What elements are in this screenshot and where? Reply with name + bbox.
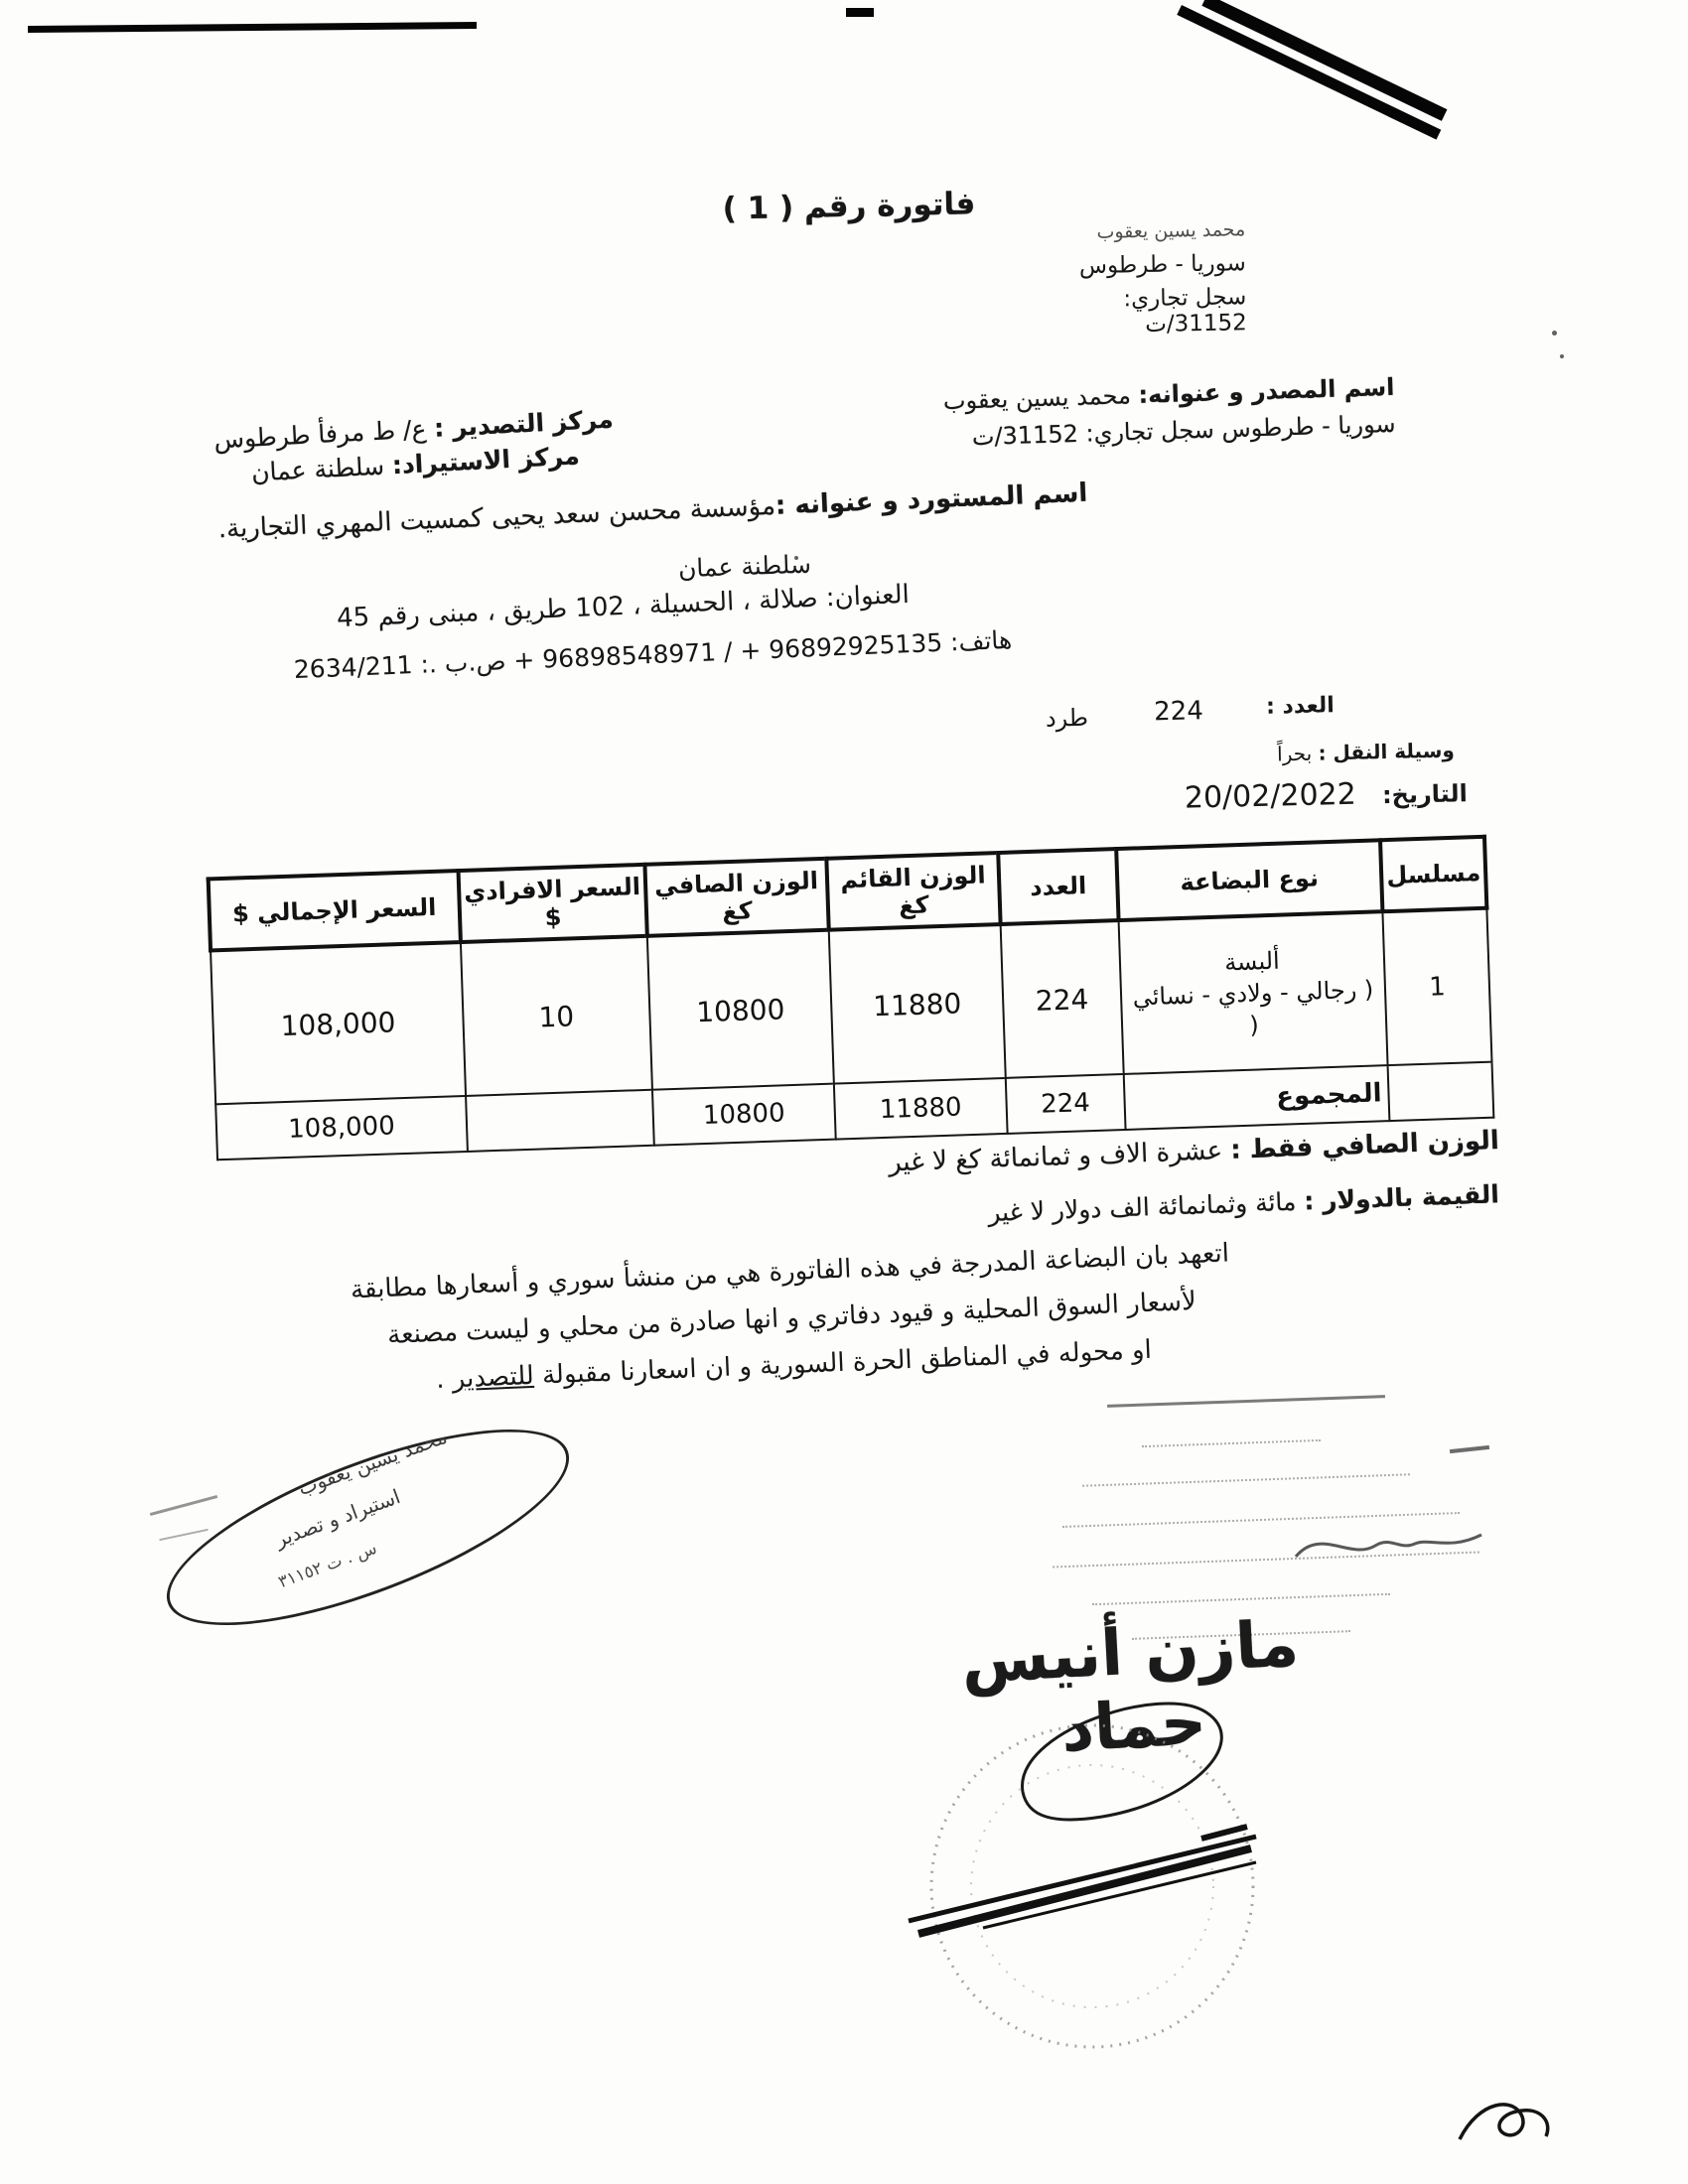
pobox: ص.ب .: 2634/211 <box>293 646 506 684</box>
count-label: العدد : <box>1266 693 1335 720</box>
col-header-count: العدد <box>998 849 1118 924</box>
value-words-text: مائة وثمانمائة الف دولار لا غير <box>988 1187 1297 1227</box>
exporter-label: اسم المصدر و عنوانه: <box>1138 373 1395 409</box>
col-header-total-price: السعر الإجمالي $ <box>209 871 461 950</box>
pledge-line-3-underlined-word: للتصدير <box>452 1361 534 1394</box>
package-type: طرد <box>1046 704 1089 733</box>
col-header-unit-price: السعر الافرادي $ <box>458 865 646 942</box>
goods-table: مسلسل نوع البضاعة العدد الوزن القائم كغ … <box>207 835 1496 1161</box>
cell-count: 224 <box>1001 920 1124 1078</box>
cell-totals-label: المجموع <box>1123 1065 1389 1130</box>
net-weight-words-label: الوزن الصافي فقط : <box>1230 1126 1500 1165</box>
stamp-text-trace <box>1082 1473 1410 1487</box>
exporter-name: محمد يسين يعقوب <box>942 381 1131 415</box>
cell-serial: 1 <box>1382 908 1491 1065</box>
scan-artifact-top-left-line <box>28 22 477 33</box>
signature-loop <box>1023 1704 1222 1820</box>
exporter-oval-stamp: محمد يسين يعقوب استيراد و تصدير س . ت ٣١… <box>144 1405 611 1663</box>
count-value: 224 <box>1154 696 1203 727</box>
oval-stamp-border <box>145 1390 591 1665</box>
scan-artifact-corner-stroke-2 <box>1201 0 1447 121</box>
phone-number-1: + 96892925135 <box>740 628 943 666</box>
phone-label: هاتف: <box>949 625 1012 657</box>
shipment-details: العدد : 224 طرد وسيلة النقل : بحراً التا… <box>1037 690 1477 834</box>
phone-separator: / <box>723 637 733 666</box>
pledge-line-3-period: . <box>436 1364 454 1395</box>
seller-name: محمد يسين يعقوب <box>1042 218 1245 244</box>
stamp-cursive-squiggle <box>1291 1515 1489 1574</box>
scan-artifact-corner-stroke-1 <box>1177 5 1441 140</box>
scan-speck <box>1552 331 1557 336</box>
transport-label: وسيلة النقل : <box>1318 738 1455 764</box>
signature-stroke <box>909 1837 1256 1921</box>
signature-stroke <box>918 1848 1251 1934</box>
centers-block: مركز التصدير : ع/ ط مرفأ طرطوس مركز الاس… <box>208 404 623 489</box>
stamp-text-trace <box>1092 1593 1390 1605</box>
value-words-label: القيمة بالدولار : <box>1304 1179 1500 1215</box>
signature-stroke <box>1201 1827 1247 1839</box>
import-center-value: سلطنة عمان <box>250 452 384 487</box>
corner-pen-squiggle <box>1445 2085 1564 2159</box>
cell-total-price: 108,000 <box>211 942 466 1104</box>
col-header-serial: مسلسل <box>1380 837 1486 911</box>
cell-goods-type: ألبسة ( رجالي - ولادي - نسائي ) <box>1118 911 1387 1074</box>
col-header-gross-weight: الوزن القائم كغ <box>826 853 1000 930</box>
cell-totals-total: 108,000 <box>215 1096 468 1160</box>
cell-unit-price: 10 <box>461 936 652 1096</box>
seller-registry: سجل تجاري: 31152/ت <box>1043 284 1247 340</box>
exporter-block: اسم المصدر و عنوانه: محمد يسين يعقوب سور… <box>942 373 1396 452</box>
transport-value: بحراً <box>1277 742 1313 766</box>
scan-artifact-top-tick <box>846 8 874 17</box>
scanned-invoice-page: فاتورة رقم ( 1 ) محمد يسين يعقوب سوريا -… <box>0 0 1688 2184</box>
exporter-registry-line: سوريا - طرطوس سجل تجاري: 31152/ت <box>943 410 1396 452</box>
cell-totals-serial-empty <box>1388 1062 1494 1121</box>
stamp-rule-line <box>1107 1395 1385 1408</box>
date-value: 20/02/2022 <box>1184 777 1356 816</box>
export-center-value: ع/ ط مرفأ طرطوس <box>213 414 427 454</box>
value-words-line: القيمة بالدولار : مائة وثمانمائة الف دول… <box>973 1179 1500 1227</box>
oval-stamp-smudge <box>150 1495 217 1516</box>
stamp-dark-mark <box>1450 1445 1489 1453</box>
importer-address: العنوان: صلالة ، الحسيلة ، 102 طريق ، مب… <box>253 576 994 636</box>
goods-table-wrap: مسلسل نوع البضاعة العدد الوزن القائم كغ … <box>207 835 1498 1161</box>
col-header-goods-type: نوع البضاعة <box>1116 840 1383 920</box>
cell-totals-net: 10800 <box>652 1084 836 1146</box>
seller-block: محمد يسين يعقوب سوريا - طرطوس سجل تجاري:… <box>1042 218 1247 340</box>
exporter-line: اسم المصدر و عنوانه: محمد يسين يعقوب <box>942 373 1395 415</box>
importer-label: اسم المستورد و عنوانه : <box>774 478 1088 521</box>
cell-net-weight: 10800 <box>647 930 834 1090</box>
scan-speck <box>1560 354 1564 358</box>
importer-country: سلطنة عمان <box>665 549 825 584</box>
oval-stamp-smudge <box>159 1529 208 1541</box>
date-label: التاريخ: <box>1382 779 1468 809</box>
round-stamp-and-signature <box>864 1678 1400 2174</box>
cell-totals-unit-price <box>466 1090 654 1152</box>
importer-name: مؤسسة محسن سعد يحيى كمسيت المهري التجاري… <box>217 491 775 544</box>
importer-line: اسم المستورد و عنوانه :مؤسسة محسن سعد يح… <box>174 477 1132 546</box>
export-center-label: مركز التصدير : <box>433 405 614 443</box>
seller-location: سوريا - طرطوس <box>1043 250 1246 280</box>
cell-totals-count: 224 <box>1006 1074 1126 1134</box>
phone-number-2: + 96898548971 <box>513 637 717 675</box>
net-weight-words-text: عشرة الاف و ثمانمائة كغ لا غير <box>889 1136 1223 1177</box>
import-center-label: مركز الاستيراد: <box>391 441 580 479</box>
cell-gross-weight: 11880 <box>829 924 1006 1084</box>
transport-line: وسيلة النقل : بحراً <box>1277 738 1455 765</box>
stamp-text-trace <box>1142 1439 1321 1447</box>
col-header-net-weight: الوزن الصافي كغ <box>644 859 828 936</box>
cell-totals-gross: 11880 <box>834 1078 1008 1140</box>
invoice-title: فاتورة رقم ( 1 ) <box>705 186 994 227</box>
